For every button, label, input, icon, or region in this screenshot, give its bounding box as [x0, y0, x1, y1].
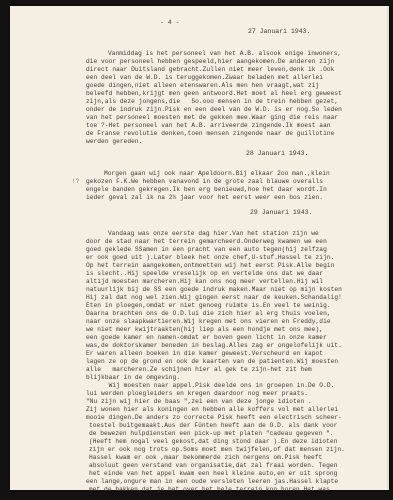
typewritten-page: - 4 - 27 Januari 1943. Vanmiddag is het …	[10, 6, 389, 490]
entry-body: Vandaag was onze eerste dag hier.Van het…	[10, 6, 387, 286]
